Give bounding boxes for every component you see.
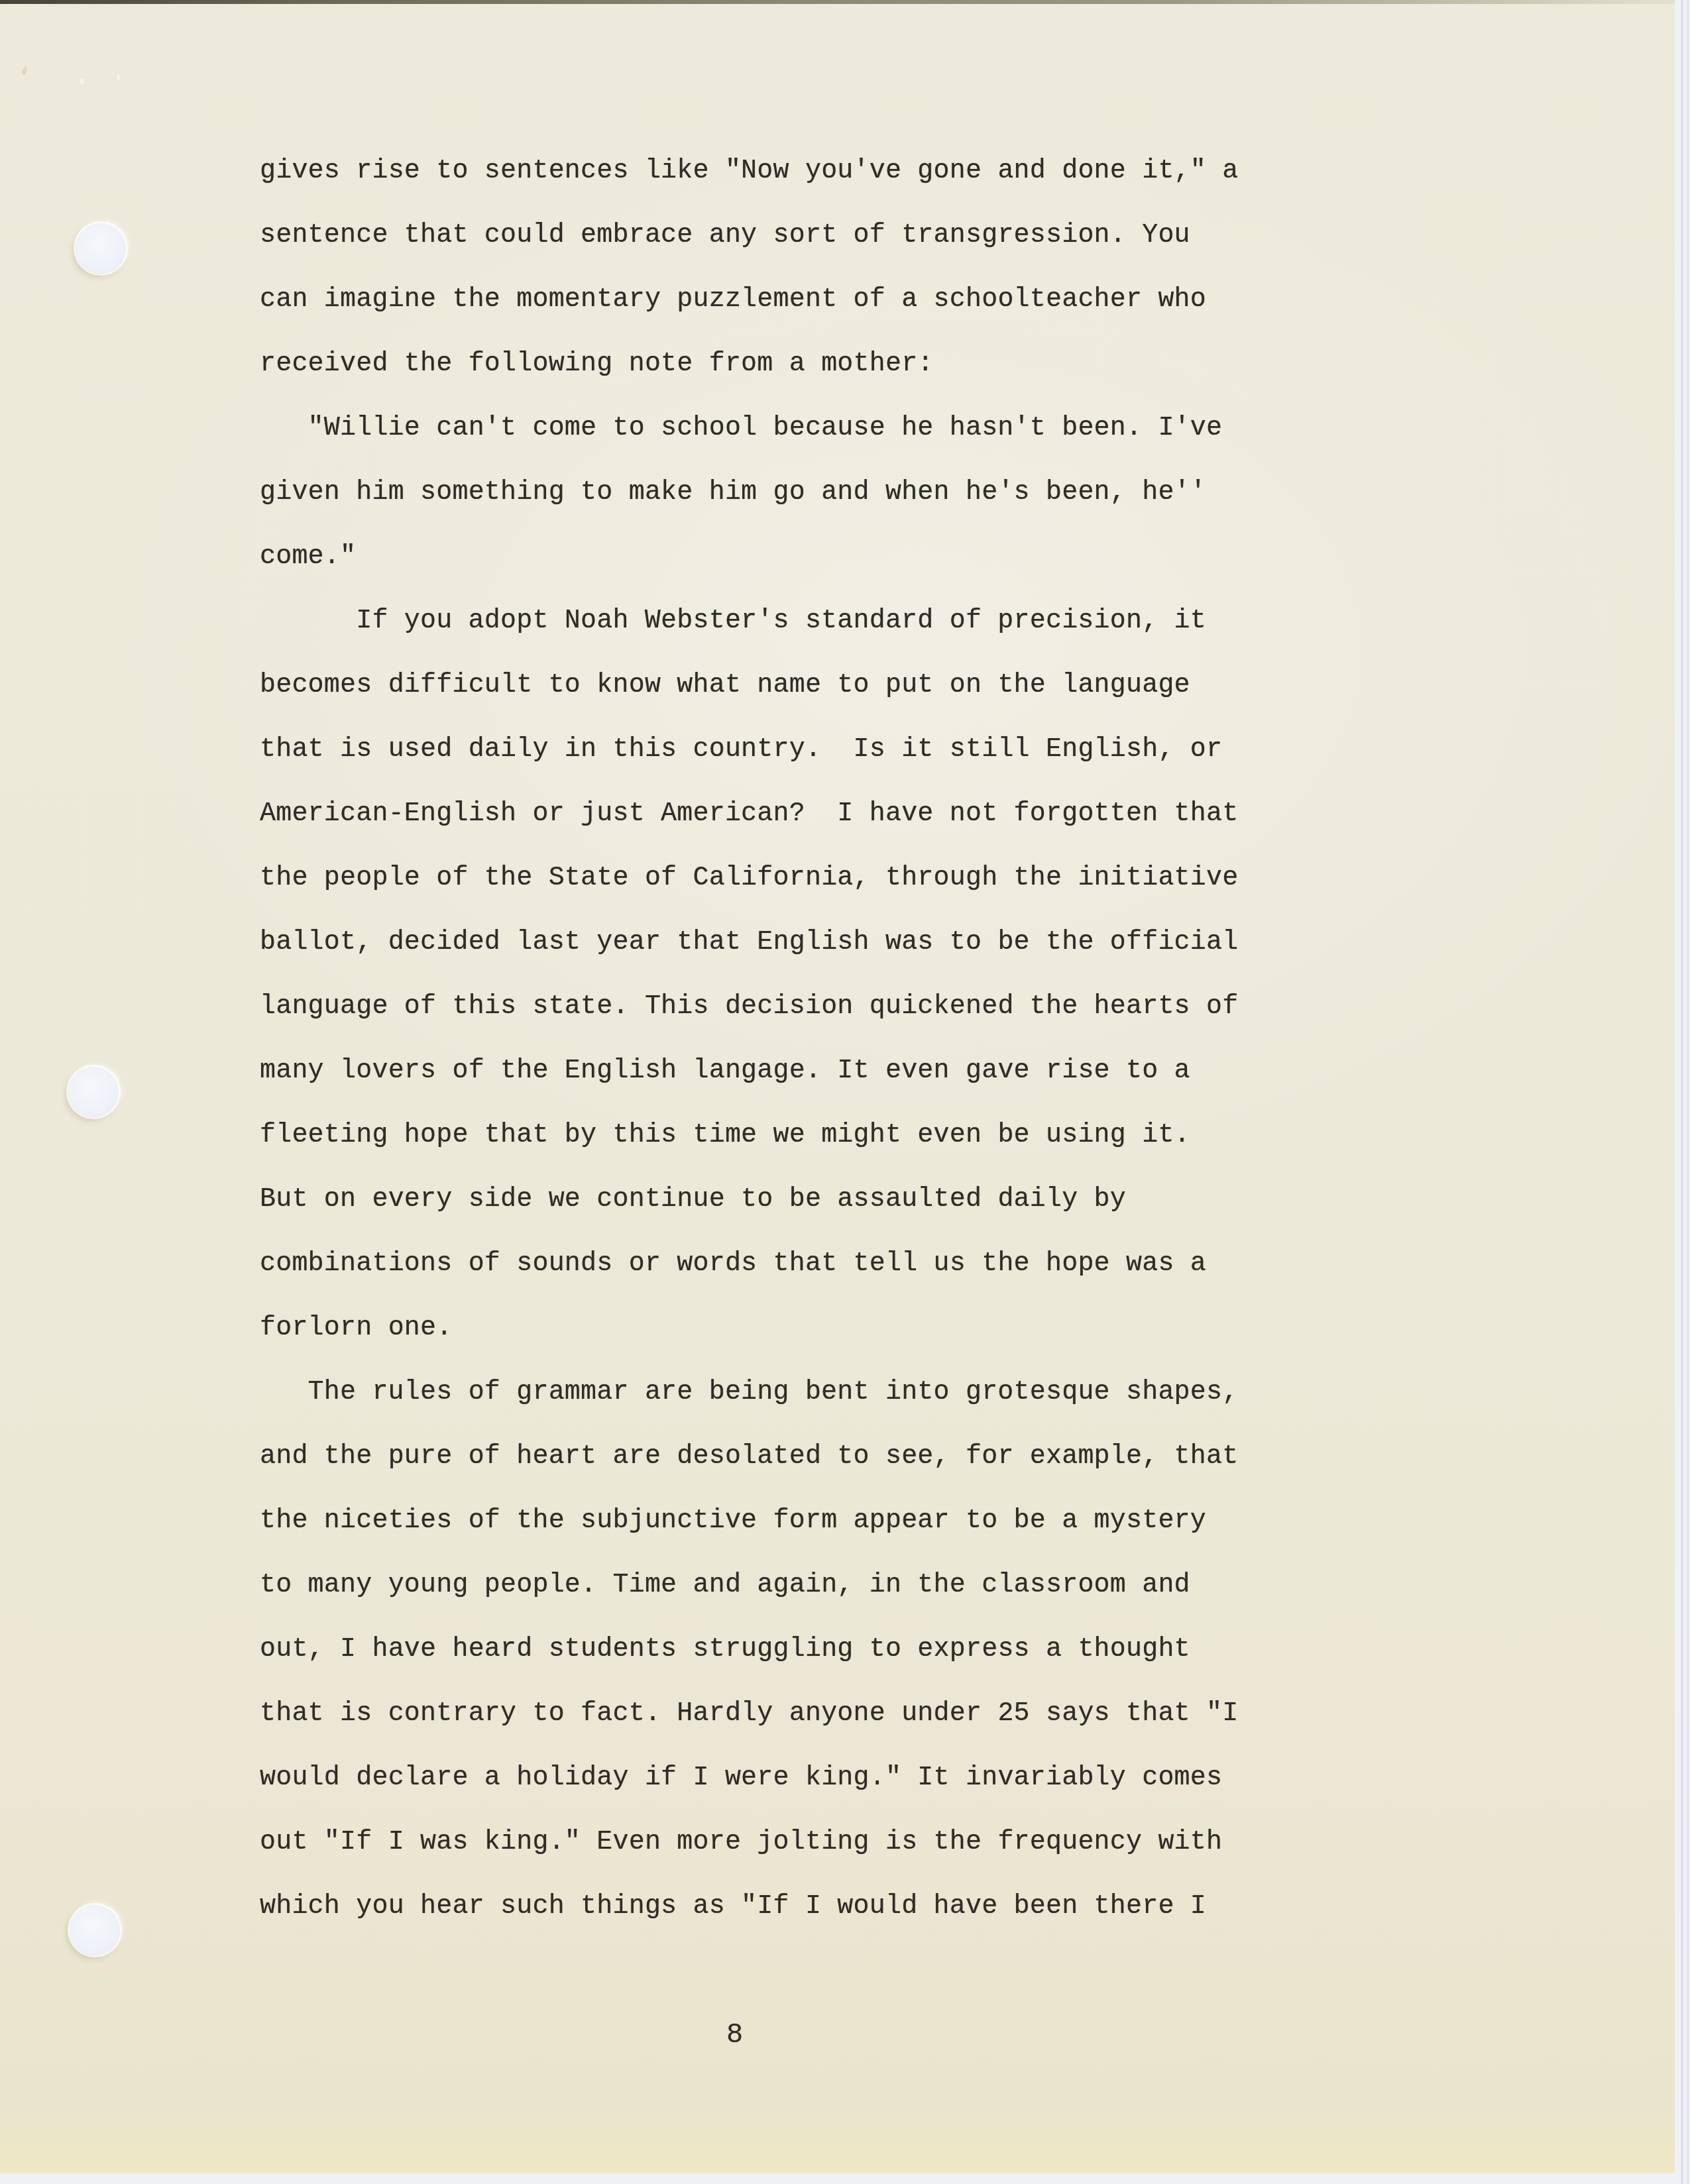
text-line: American-English or just American? I hav… [260,782,1519,846]
punch-hole-bottom [70,1905,120,1955]
text-line: many lovers of the English langage. It e… [260,1039,1519,1103]
text-line: the niceties of the subjunctive form app… [260,1489,1519,1553]
text-line: come." [260,525,1519,589]
paper-speck [21,66,28,76]
text-line: The rules of grammar are being bent into… [260,1360,1519,1425]
typescript: gives rise to sentences like "Now you've… [260,139,1519,1939]
text-line: gives rise to sentences like "Now you've… [260,139,1519,203]
text-line: fleeting hope that by this time we might… [260,1103,1519,1168]
text-line: language of this state. This decision qu… [260,975,1519,1039]
scanner-guide-line [1687,0,1689,2184]
paper-speck [117,74,120,80]
punch-hole-middle [68,1067,119,1117]
text-line: received the following note from a mothe… [260,332,1519,396]
text-line: the people of the State of California, t… [260,846,1519,910]
paper-sheet: gives rise to sentences like "Now you've… [0,0,1675,2172]
punch-hole-top [76,223,126,274]
text-line: and the pure of heart are desolated to s… [260,1425,1519,1489]
text-line: out "If I was king." Even more jolting i… [260,1810,1519,1875]
text-line: becomes difficult to know what name to p… [260,653,1519,718]
page-number: 8 [726,2020,743,2050]
scan-top-edge [0,0,1675,4]
text-line: combinations of sounds or words that tel… [260,1232,1519,1296]
text-line: that is used daily in this country. Is i… [260,718,1519,782]
text-line: given him something to make him go and w… [260,461,1519,525]
text-line: that is contrary to fact. Hardly anyone … [260,1682,1519,1746]
text-line: would declare a holiday if I were king."… [260,1746,1519,1810]
text-line: But on every side we continue to be assa… [260,1168,1519,1232]
text-line: forlorn one. [260,1296,1519,1360]
scanner-guide-line [1681,0,1683,2184]
paper-speck [80,78,84,85]
text-line: ballot, decided last year that English w… [260,910,1519,975]
text-line: can imagine the momentary puzzlement of … [260,268,1519,332]
scan-backdrop: gives rise to sentences like "Now you've… [0,0,1690,2184]
text-line: which you hear such things as "If I woul… [260,1875,1519,1939]
text-line: "Willie can't come to school because he … [260,396,1519,461]
text-line: out, I have heard students struggling to… [260,1617,1519,1682]
text-line: to many young people. Time and again, in… [260,1553,1519,1617]
text-line: sentence that could embrace any sort of … [260,203,1519,268]
text-line: If you adopt Noah Webster's standard of … [260,589,1519,653]
